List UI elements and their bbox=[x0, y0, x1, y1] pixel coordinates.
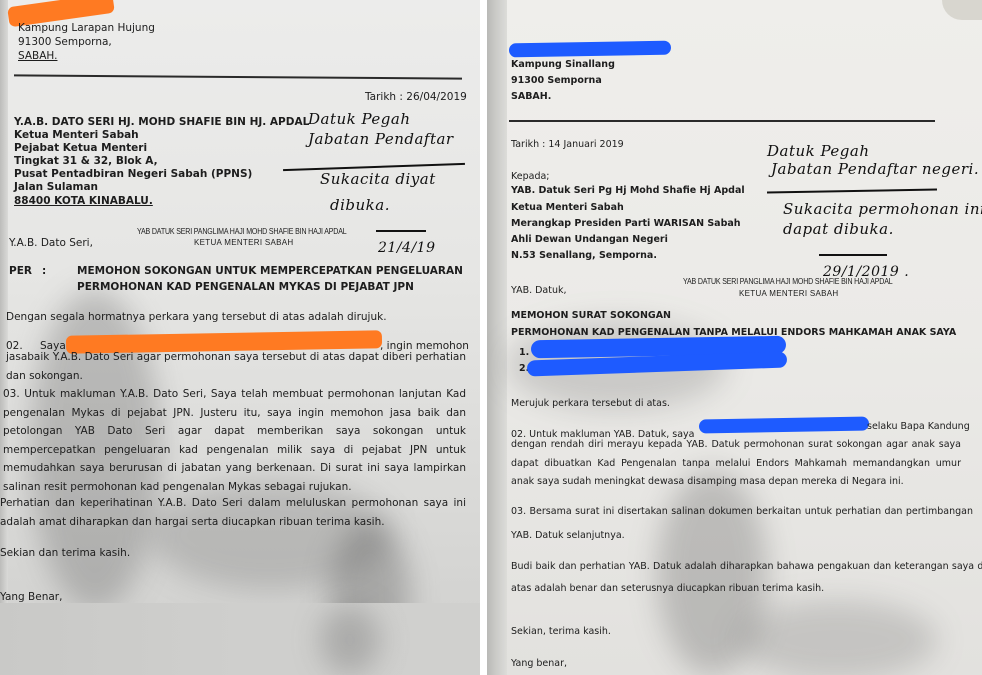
redaction-name bbox=[509, 41, 671, 58]
letter-date: Tarikh : 26/04/2019 bbox=[365, 91, 467, 104]
handwritten-arrow bbox=[819, 254, 887, 256]
divider bbox=[509, 120, 935, 122]
recipient-line: YAB. Datuk Seri Pg Hj Mohd Shafie Hj Apd… bbox=[511, 184, 745, 197]
salutation: YAB. Datuk, bbox=[511, 284, 567, 297]
sign-off: Sekian dan terima kasih. bbox=[0, 547, 130, 560]
page-corner bbox=[942, 0, 982, 20]
list-number: 1. bbox=[519, 346, 529, 359]
handwritten-note: dapat dibuka. bbox=[783, 220, 894, 238]
sender-address-line: Kampung Larapan Hujung bbox=[18, 22, 155, 35]
handwritten-date: 29/1/2019 . bbox=[823, 264, 909, 280]
page-edge bbox=[487, 0, 507, 675]
sender-address-line: 91300 Semporna bbox=[511, 74, 602, 87]
subject-label: PER bbox=[9, 265, 32, 278]
recipient-line: Y.A.B. DATO SERI HJ. MOHD SHAFIE BIN HJ.… bbox=[14, 116, 309, 129]
right-letter-photo: Kampung Sinallang 91300 Semporna SABAH. … bbox=[487, 0, 982, 675]
paragraph-closing: Perhatian dan keperihatinan Y.A.B. Dato … bbox=[0, 494, 466, 531]
handwritten-arrow bbox=[376, 230, 426, 232]
handwritten-date: 21/4/19 bbox=[378, 240, 435, 256]
paragraph-03: 03. Bersama surat ini disertakan salinan… bbox=[511, 500, 973, 548]
handwritten-note: Sukacita diyat bbox=[320, 170, 436, 188]
recipient-line: Pusat Pentadbiran Negeri Sabah (PPNS) bbox=[14, 168, 252, 181]
handwritten-note: Sukacita permohonan ini bbox=[783, 200, 982, 218]
handwritten-note: Jabatan Pendaftar bbox=[308, 130, 454, 148]
recipient-line: Ahli Dewan Undangan Negeri bbox=[511, 233, 668, 246]
page-edge bbox=[0, 0, 8, 675]
handwritten-note: dibuka. bbox=[330, 196, 390, 214]
closing: Yang benar, bbox=[511, 657, 567, 670]
handwritten-note: Datuk Pegah bbox=[308, 110, 411, 128]
subject-line: MEMOHON SURAT SOKONGAN bbox=[511, 309, 671, 322]
recipient-line: Pejabat Ketua Menteri bbox=[14, 142, 147, 155]
intro-line: Dengan segala hormatnya perkara yang ter… bbox=[6, 311, 387, 324]
subject-line: MEMOHON SOKONGAN UNTUK MEMPERCEPATKAN PE… bbox=[77, 265, 463, 278]
handwritten-note: Jabatan Pendaftar negeri. bbox=[771, 160, 979, 178]
paragraph-text: jasabaik Y.A.B. Dato Seri agar permohona… bbox=[6, 348, 466, 385]
redaction-name bbox=[699, 417, 869, 434]
letter-date: Tarikh : 14 Januari 2019 bbox=[511, 138, 624, 151]
recipient-line: Merangkap Presiden Parti WARISAN Sabah bbox=[511, 217, 741, 230]
sender-address-line: SABAH. bbox=[18, 50, 57, 63]
paragraph-text: selaku Bapa Kandung bbox=[867, 420, 970, 433]
recipient-line: Tingkat 31 & 32, Blok A, bbox=[14, 155, 158, 168]
to-label: Kepada; bbox=[511, 170, 550, 183]
recipient-line: Ketua Menteri Sabah bbox=[511, 201, 624, 214]
subject-line: PERMOHONAN KAD PENGENALAN MYKAS DI PEJAB… bbox=[77, 281, 414, 294]
subject-colon: : bbox=[42, 265, 46, 278]
recipient-line: Ketua Menteri Sabah bbox=[14, 129, 139, 142]
paragraph-closing: Budi baik dan perhatian YAB. Datuk adala… bbox=[511, 556, 982, 600]
divider bbox=[14, 74, 462, 79]
recipient-line: Jalan Sulaman bbox=[14, 181, 98, 194]
sender-address-line: 91300 Semporna, bbox=[18, 36, 112, 49]
paragraph-text: dengan rendah diri merayu kepada YAB. Da… bbox=[511, 436, 961, 492]
paragraph-03: 03. Untuk makluman Y.A.B. Dato Seri, Say… bbox=[3, 385, 466, 496]
shadow bbox=[737, 600, 937, 675]
image-divider bbox=[480, 0, 487, 675]
left-letter-photo: Kampung Larapan Hujung 91300 Semporna, S… bbox=[0, 0, 480, 675]
intro-line: Merujuk perkara tersebut di atas. bbox=[511, 397, 670, 410]
sender-address-line: SABAH. bbox=[511, 90, 551, 103]
recipient-line: N.53 Senallang, Semporna. bbox=[511, 249, 657, 262]
page-fold bbox=[0, 603, 480, 675]
office-stamp-line: KETUA MENTERI SABAH bbox=[739, 287, 839, 300]
handwritten-underline bbox=[767, 189, 937, 194]
sender-address-line: Kampung Sinallang bbox=[511, 58, 615, 71]
handwritten-note: Datuk Pegah bbox=[767, 142, 870, 160]
salutation: Y.A.B. Dato Seri, bbox=[9, 237, 93, 250]
sign-off: Sekian, terima kasih. bbox=[511, 625, 611, 638]
recipient-line: 88400 KOTA KINABALU. bbox=[14, 195, 153, 208]
office-stamp-line: KETUA MENTERI SABAH bbox=[194, 236, 294, 249]
